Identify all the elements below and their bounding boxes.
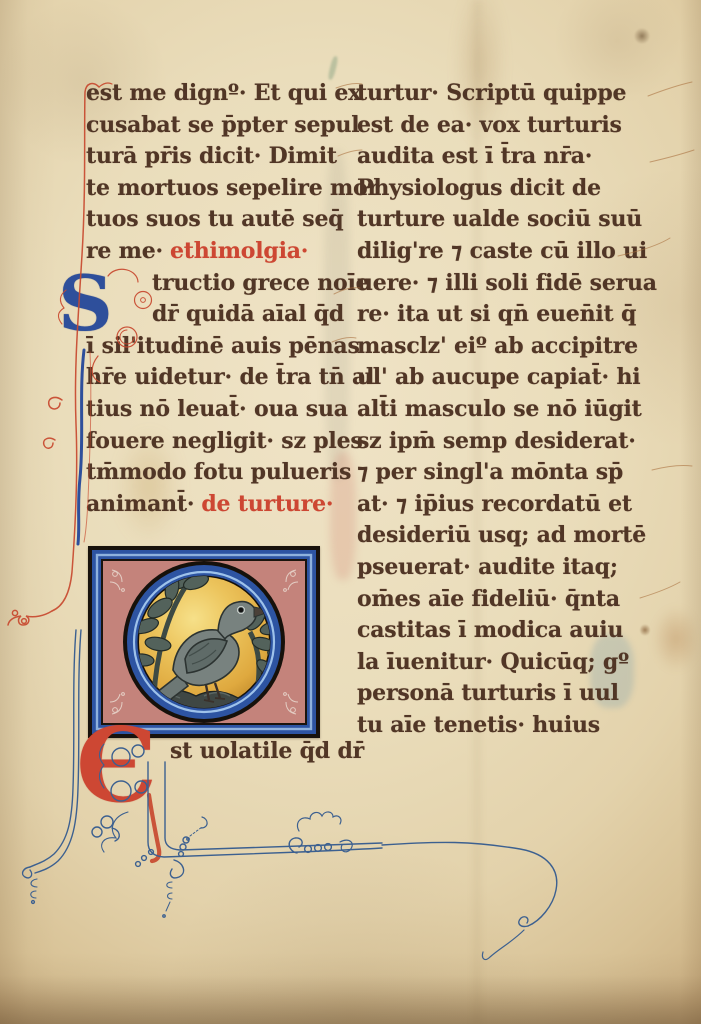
text-line: turture ualde sociū suū [357,204,659,236]
text-line: uere· ⁊ illi soli fidē serua [357,268,659,300]
illuminated-initial-e: Є [76,716,172,826]
stain [652,606,700,672]
text-line: tius nō leuat̄· oua sua [86,394,358,426]
manuscript-page: est me dignº· Et qui ex cusabat se p̄pte… [0,0,701,1024]
text-line: alt̄i masculo se nō iūgit [357,394,659,426]
text-line: Physiologus dicit de [357,173,659,205]
rubric-de-turture: de turture· [201,491,333,517]
text-line: re me·ethimolgia· [86,236,358,268]
stain [327,56,339,81]
text-line: animant̄·de turture· [86,489,358,521]
rubric-ethimologia: ethimolgia· [170,238,308,264]
bottom-text-line: st uolatile q̄d dr̄ [170,736,364,768]
text-line: tructio grece noīe [86,268,358,300]
text-line: ul' ab aucupe capiat̄· hi [357,362,659,394]
text-line: tuos suos tu autē seq̄ [86,204,358,236]
text-line: pseuerat· audite itaq; [357,552,659,584]
left-text-column: est me dignº· Et qui ex cusabat se p̄pte… [86,78,358,520]
text-line: est de ea· vox turturis [357,110,659,142]
text-line: est me dignº· Et qui ex [86,78,358,110]
text-line: cusabat se p̄pter sepul [86,110,358,142]
text-line: la īuenitur· Quicūq; gº [357,647,659,679]
text-line: sz ipm̄ semp desiderat· [357,426,659,458]
text-line: masclz' eiº ab accipitre [357,331,659,363]
text-line: turtur· Scriptū quippe [357,78,659,110]
text-line: st uolatile q̄d dr̄ [170,736,364,768]
illuminated-initial-s: S [58,262,120,354]
text-line: turā pr̄is dicit· Dimit [86,141,358,173]
text-line: fouere negligit· sz ples [86,426,358,458]
bottom-edge-shadow [0,975,701,1024]
text-line: personā turturis ī uul [357,678,659,710]
right-text-column: turtur· Scriptū quippe est de ea· vox tu… [357,78,659,741]
text-line: audita est ī t̄ra nr̄a· [357,141,659,173]
text-line: castitas ī modica auiu [357,615,659,647]
text-line: te mortuos sepelire mor [86,173,358,205]
text-line: dilig're ⁊ caste cū illo ui [357,236,659,268]
text-line: desideriū usq; ad mortē [357,520,659,552]
text-line: re· ita ut si qn̄ euen̄it q̄ [357,299,659,331]
text-line: om̄es aīe fideliū· q̄nta [357,584,659,616]
text-line: at· ⁊ ip̄ius recordatū et [357,489,659,521]
stain [634,28,650,44]
text-line: ī sil'itudinē auis pēnas [86,331,358,363]
text-line: hr̄e uidetur· de t̄ra tn̄ al [86,362,358,394]
text-line: tm̄modo fotu pulueris [86,457,358,489]
text-line: ⁊ per singl'a mōnta sp̄ [357,457,659,489]
text-fragment: animant̄· [86,491,194,517]
text-line: dr̄ quidā aīal q̄d [86,299,358,331]
text-line: tu aīe tenetis· huius [357,710,659,742]
